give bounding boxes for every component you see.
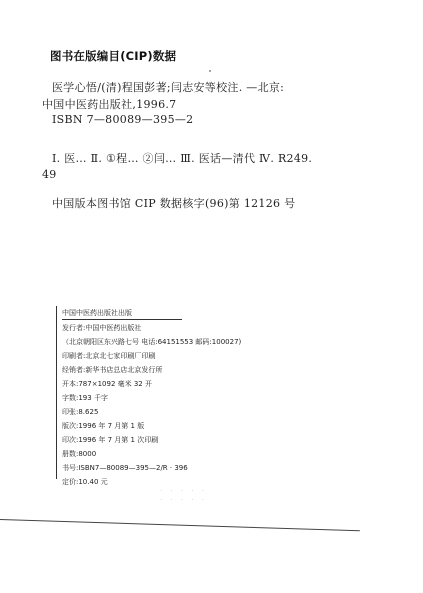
colophon-header: 中国中医药出版社出版 [62,308,182,320]
colophon-address: （北京朝阳区东兴路七号 电话:64151553 邮码:100027) [62,337,241,347]
colophon-price: 定价:10.40 元 [62,477,108,487]
colophon-edition: 版次:1996 年 7 月第 1 版 [62,421,144,431]
colophon-book-number: 书号:ISBN7—80089—395—2/R · 396 [62,463,188,473]
cip-subject-line-cont: 49 [42,168,57,181]
colophon-block: 中国中医药出版社出版 发行者:中国中医药出版社 （北京朝阳区东兴路七号 电话:6… [56,306,237,479]
cip-approval-number: 中国版本图书馆 CIP 数据核字(96)第 12126 号 [52,195,295,211]
faint-stamp: · · · · · [160,487,207,495]
colophon-printing: 印次:1996 年 7 月第 1 次印刷 [62,435,158,445]
colophon-format: 开本:787×1092 毫米 32 开 [62,379,152,389]
colophon-word-count: 字数:193 千字 [62,393,108,403]
cip-subject-line: Ⅰ. 医… Ⅱ. ①程… ②闫… Ⅲ. 医话—清代 Ⅳ. R249. [52,150,312,166]
faint-stamp: · · · · · [160,496,207,504]
colophon-seller: 经销者:新华书店总店北京发行所 [62,365,162,375]
page-edge-line [0,519,360,531]
cip-title: 图书在版编目(CIP)数据 [50,48,176,64]
colophon-sheets: 印张:8.625 [62,407,98,417]
cip-isbn-line: ISBN 7—80089—395—2 [52,113,193,126]
cip-publisher-line: 中国中医药出版社,1996.7 [42,96,177,112]
colophon-printer: 印刷者:北京北七家印刷厂印刷 [62,351,155,361]
colophon-distributor: 发行者:中国中医药出版社 [62,323,141,333]
colophon-copies: 册数:8000 [62,449,96,459]
cip-citation-line: 医学心悟/(清)程国彭著;闫志安等校注. —北京: [52,79,284,95]
scan-speck [209,70,211,72]
